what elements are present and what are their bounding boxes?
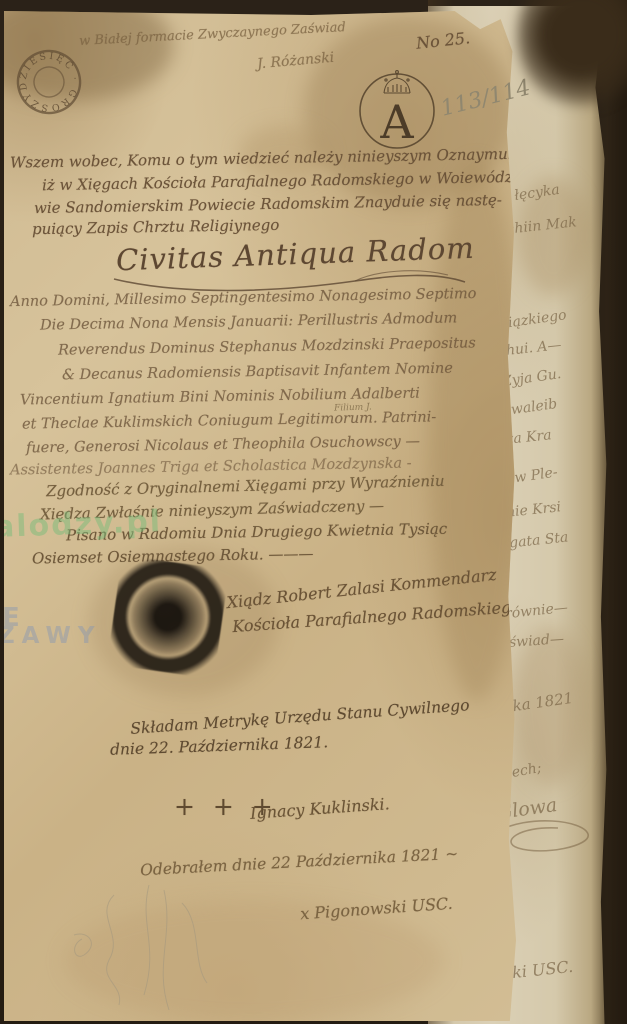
latin-line: Reverendus Dominus Stephanus Mozdzinski … [58, 335, 476, 358]
latin-line: Die Decima Nona Mensis Januarii: Perillu… [40, 310, 457, 333]
clerk-signature: J. Różanski [256, 50, 334, 73]
latin-line: et Theclae Kuklimskich Coniugum Legitimo… [22, 409, 436, 432]
archival-top-note: w Białej formacie Zwyczaynego Zaświad [79, 20, 346, 49]
interline-note: Filium J. [334, 402, 372, 413]
filing-note: dnie 22. Października 1821. [110, 733, 329, 759]
intro-line: Wszem wobec, Komu o tym wiedzieć należy … [10, 144, 544, 171]
latin-line: fuere, Generosi Nicolaus et Theophila Os… [26, 434, 420, 457]
registrar-signature: x Pigonowski USC. [300, 894, 454, 924]
royal-monogram: A [354, 66, 440, 152]
latin-line: Anno Domini, Millesimo Septingentesimo N… [10, 286, 477, 310]
scanned-document-canvas: w łęcyka ehiin Mak wiązkiego hui. A— Zyj… [0, 0, 627, 1024]
intro-line: puiący Zapis Chrztu Religiynego [32, 216, 280, 238]
filing-note: Składam Metrykę Urzędu Stanu Cywilnego [130, 696, 470, 738]
pencil-doodle [52, 873, 252, 1024]
watermark-green: alodzy.pl [0, 504, 163, 545]
scanned-page: w Białej formacie Zwyczaynego Zaświad No… [4, 11, 516, 1021]
latin-line: & Decanus Radomiensis Baptisavit Infante… [62, 361, 453, 384]
monogram-letter: A [379, 95, 414, 149]
stamp-ring-text: DZIESIĘĆ · GROSZY · [0, 27, 90, 126]
book-torn-edge [591, 0, 627, 1024]
watermark-blue: ZAWY [0, 623, 101, 649]
document-number: No 25. [415, 28, 471, 53]
intro-line: iż w Xięgach Kościoła Parafialnego Radom… [42, 168, 524, 194]
wax-seal [107, 555, 229, 679]
intro-line: wie Sandomierskim Powiecie Radomskim Zna… [34, 191, 502, 217]
